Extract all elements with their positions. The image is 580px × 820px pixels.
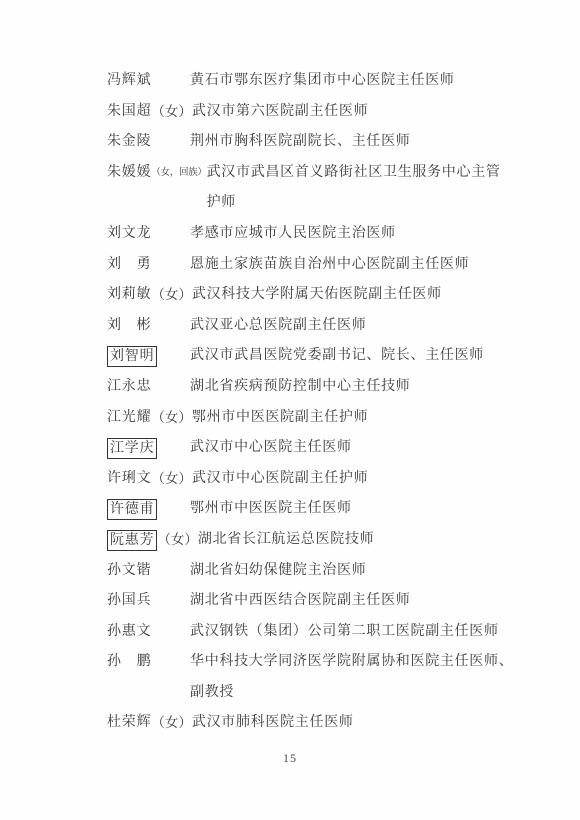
- person-name-block: 许德甫: [107, 494, 190, 520]
- person-title-line: 武汉市第六医院副主任医师: [192, 97, 517, 128]
- person-title: 湖北省妇幼保健院主治医师: [190, 556, 517, 587]
- person-name-block: 刘莉敏 （女）: [107, 280, 192, 311]
- person-name: 江光耀: [107, 403, 151, 434]
- person-name-block: 刘 勇: [107, 250, 190, 281]
- gender-ethnicity-note: （女，回族）: [151, 158, 206, 189]
- person-title-line: 护师: [207, 188, 517, 219]
- person-name: 刘文龙: [107, 219, 151, 250]
- list-item: 刘 勇 恩施土家族苗族自治州中心医院副主任医师: [107, 250, 517, 281]
- person-title: 武汉市武昌医院党委副书记、院长、主任医师: [190, 341, 517, 372]
- person-title-line: 湖北省长江航运总医院技师: [198, 525, 517, 556]
- list-item: 江学庆 武汉市中心医院主任医师: [107, 433, 517, 464]
- person-name: 许琍文: [107, 464, 151, 495]
- person-title: 湖北省中西医结合医院副主任医师: [190, 586, 517, 617]
- person-title: 武汉市中心医院主任医师: [190, 433, 517, 464]
- person-title-line: 副教授: [190, 678, 517, 709]
- person-name: 孙惠文: [107, 617, 151, 648]
- person-name: 刘莉敏: [107, 280, 151, 311]
- list-item: 刘文龙 孝感市应城市人民医院主治医师: [107, 219, 517, 250]
- person-title: 华中科技大学同济医学院附属协和医院主任医师、副教授: [190, 647, 517, 708]
- gender-ethnicity-note: （女）: [157, 525, 198, 556]
- person-name-block: 江学庆: [107, 433, 190, 459]
- person-name-block: 孙 鹏: [107, 647, 190, 678]
- list-item: 刘莉敏 （女） 武汉科技大学附属天佑医院副主任医师: [107, 280, 517, 311]
- person-name-deceased-boxed: 江学庆: [107, 438, 157, 459]
- list-item: 江光耀 （女） 鄂州市中医医院副主任护师: [107, 403, 517, 434]
- person-title-line: 武汉市中心医院副主任护师: [192, 464, 517, 495]
- person-name: 冯辉斌: [107, 66, 151, 97]
- person-title: 武汉市肺科医院主任医师: [192, 708, 517, 739]
- person-title: 恩施土家族苗族自治州中心医院副主任医师: [190, 250, 517, 281]
- person-title: 荆州市胸科医院副院长、主任医师: [190, 127, 517, 158]
- list-item: 冯辉斌 黄石市鄂东医疗集团市中心医院主任医师: [107, 66, 517, 97]
- person-name: 朱国超: [107, 97, 151, 128]
- list-item: 孙文锴 湖北省妇幼保健院主治医师: [107, 556, 517, 587]
- person-name: 孙国兵: [107, 586, 151, 617]
- person-name-block: 孙文锴: [107, 556, 190, 587]
- person-title: 武汉市第六医院副主任医师: [192, 97, 517, 128]
- person-title-line: 湖北省疾病预防控制中心主任技师: [190, 372, 517, 403]
- person-name-block: 朱金陵: [107, 127, 190, 158]
- person-title-line: 鄂州市中医医院副主任护师: [192, 403, 517, 434]
- document-page: 冯辉斌 黄石市鄂东医疗集团市中心医院主任医师 朱国超 （女） 武汉市第六医院副主…: [0, 0, 580, 820]
- list-item: 孙国兵 湖北省中西医结合医院副主任医师: [107, 586, 517, 617]
- person-name-block: 阮惠芳 （女）: [107, 525, 198, 556]
- list-item: 刘 彬 武汉亚心总医院副主任医师: [107, 311, 517, 342]
- person-title-line: 武汉市肺科医院主任医师: [192, 708, 517, 739]
- person-name-block: 朱国超 （女）: [107, 97, 192, 128]
- person-name-block: 江永忠: [107, 372, 190, 403]
- person-title: 湖北省长江航运总医院技师: [198, 525, 517, 556]
- person-title: 武汉科技大学附属天佑医院副主任医师: [192, 280, 517, 311]
- person-title-line: 湖北省妇幼保健院主治医师: [190, 556, 517, 587]
- person-name: 江永忠: [107, 372, 151, 403]
- gender-ethnicity-note: （女）: [151, 280, 192, 311]
- person-title-line: 荆州市胸科医院副院长、主任医师: [190, 127, 517, 158]
- person-title-line: 湖北省中西医结合医院副主任医师: [190, 586, 517, 617]
- list-item: 孙 鹏 华中科技大学同济医学院附属协和医院主任医师、副教授: [107, 647, 517, 708]
- person-title-line: 孝感市应城市人民医院主治医师: [190, 219, 517, 250]
- list-item: 许德甫 鄂州市中医医院主任医师: [107, 494, 517, 525]
- person-name-deceased-boxed: 刘智明: [107, 346, 157, 367]
- gender-ethnicity-note: （女）: [151, 403, 192, 434]
- person-name-block: 许琍文 （女）: [107, 464, 192, 495]
- person-title-line: 鄂州市中医医院主任医师: [190, 494, 517, 525]
- person-title-line: 武汉科技大学附属天佑医院副主任医师: [192, 280, 517, 311]
- list-item: 朱国超 （女） 武汉市第六医院副主任医师: [107, 97, 517, 128]
- page-number: 15: [0, 751, 580, 766]
- list-item: 阮惠芳 （女） 湖北省长江航运总医院技师: [107, 525, 517, 556]
- list-item: 许琍文 （女） 武汉市中心医院副主任护师: [107, 464, 517, 495]
- person-title: 湖北省疾病预防控制中心主任技师: [190, 372, 517, 403]
- person-name-block: 孙国兵: [107, 586, 190, 617]
- person-title: 武汉亚心总医院副主任医师: [190, 311, 517, 342]
- list-item: 朱媛媛 （女，回族） 武汉市武昌区首义路街社区卫生服务中心主管护师: [107, 158, 517, 219]
- person-title-line: 武汉市中心医院主任医师: [190, 433, 517, 464]
- list-item: 孙惠文 武汉钢铁（集团）公司第二职工医院副主任医师: [107, 617, 517, 648]
- list-item: 杜荣辉 （女） 武汉市肺科医院主任医师: [107, 708, 517, 739]
- person-title-line: 武汉亚心总医院副主任医师: [190, 311, 517, 342]
- person-name-block: 刘智明: [107, 341, 190, 367]
- person-name-deceased-boxed: 许德甫: [107, 499, 157, 520]
- person-title: 武汉市中心医院副主任护师: [192, 464, 517, 495]
- person-title-line: 武汉市武昌医院党委副书记、院长、主任医师: [190, 341, 517, 372]
- list-item: 朱金陵 荆州市胸科医院副院长、主任医师: [107, 127, 517, 158]
- person-name-block: 杜荣辉 （女）: [107, 708, 192, 739]
- person-name: 孙文锴: [107, 556, 151, 587]
- gender-ethnicity-note: （女）: [151, 97, 192, 128]
- person-title: 孝感市应城市人民医院主治医师: [190, 219, 517, 250]
- list-item: 刘智明 武汉市武昌医院党委副书记、院长、主任医师: [107, 341, 517, 372]
- person-title-line: 武汉市武昌区首义路街社区卫生服务中心主管: [207, 158, 517, 189]
- person-title-line: 华中科技大学同济医学院附属协和医院主任医师、: [190, 647, 517, 678]
- person-name-block: 刘文龙: [107, 219, 190, 250]
- gender-ethnicity-note: （女）: [151, 708, 192, 739]
- person-title: 武汉市武昌区首义路街社区卫生服务中心主管护师: [207, 158, 517, 219]
- person-title-line: 黄石市鄂东医疗集团市中心医院主任医师: [190, 66, 517, 97]
- person-name-block: 江光耀 （女）: [107, 403, 192, 434]
- person-name: 刘 彬: [107, 311, 151, 342]
- gender-ethnicity-note: （女）: [151, 464, 192, 495]
- person-title: 武汉钢铁（集团）公司第二职工医院副主任医师: [190, 617, 517, 648]
- person-name-block: 孙惠文: [107, 617, 190, 648]
- person-title: 黄石市鄂东医疗集团市中心医院主任医师: [190, 66, 517, 97]
- list-item: 江永忠 湖北省疾病预防控制中心主任技师: [107, 372, 517, 403]
- person-name: 孙 鹏: [107, 647, 151, 678]
- person-title-line: 恩施土家族苗族自治州中心医院副主任医师: [190, 250, 517, 281]
- person-title-line: 武汉钢铁（集团）公司第二职工医院副主任医师: [190, 617, 517, 648]
- person-name-deceased-boxed: 阮惠芳: [107, 530, 157, 551]
- person-name: 杜荣辉: [107, 708, 151, 739]
- person-title: 鄂州市中医医院副主任护师: [192, 403, 517, 434]
- person-title: 鄂州市中医医院主任医师: [190, 494, 517, 525]
- person-name-block: 刘 彬: [107, 311, 190, 342]
- honor-roll-list: 冯辉斌 黄石市鄂东医疗集团市中心医院主任医师 朱国超 （女） 武汉市第六医院副主…: [107, 66, 517, 739]
- person-name-block: 冯辉斌: [107, 66, 190, 97]
- person-name: 刘 勇: [107, 250, 151, 281]
- person-name: 朱媛媛: [107, 158, 151, 189]
- person-name-block: 朱媛媛 （女，回族）: [107, 158, 207, 189]
- person-name: 朱金陵: [107, 127, 151, 158]
